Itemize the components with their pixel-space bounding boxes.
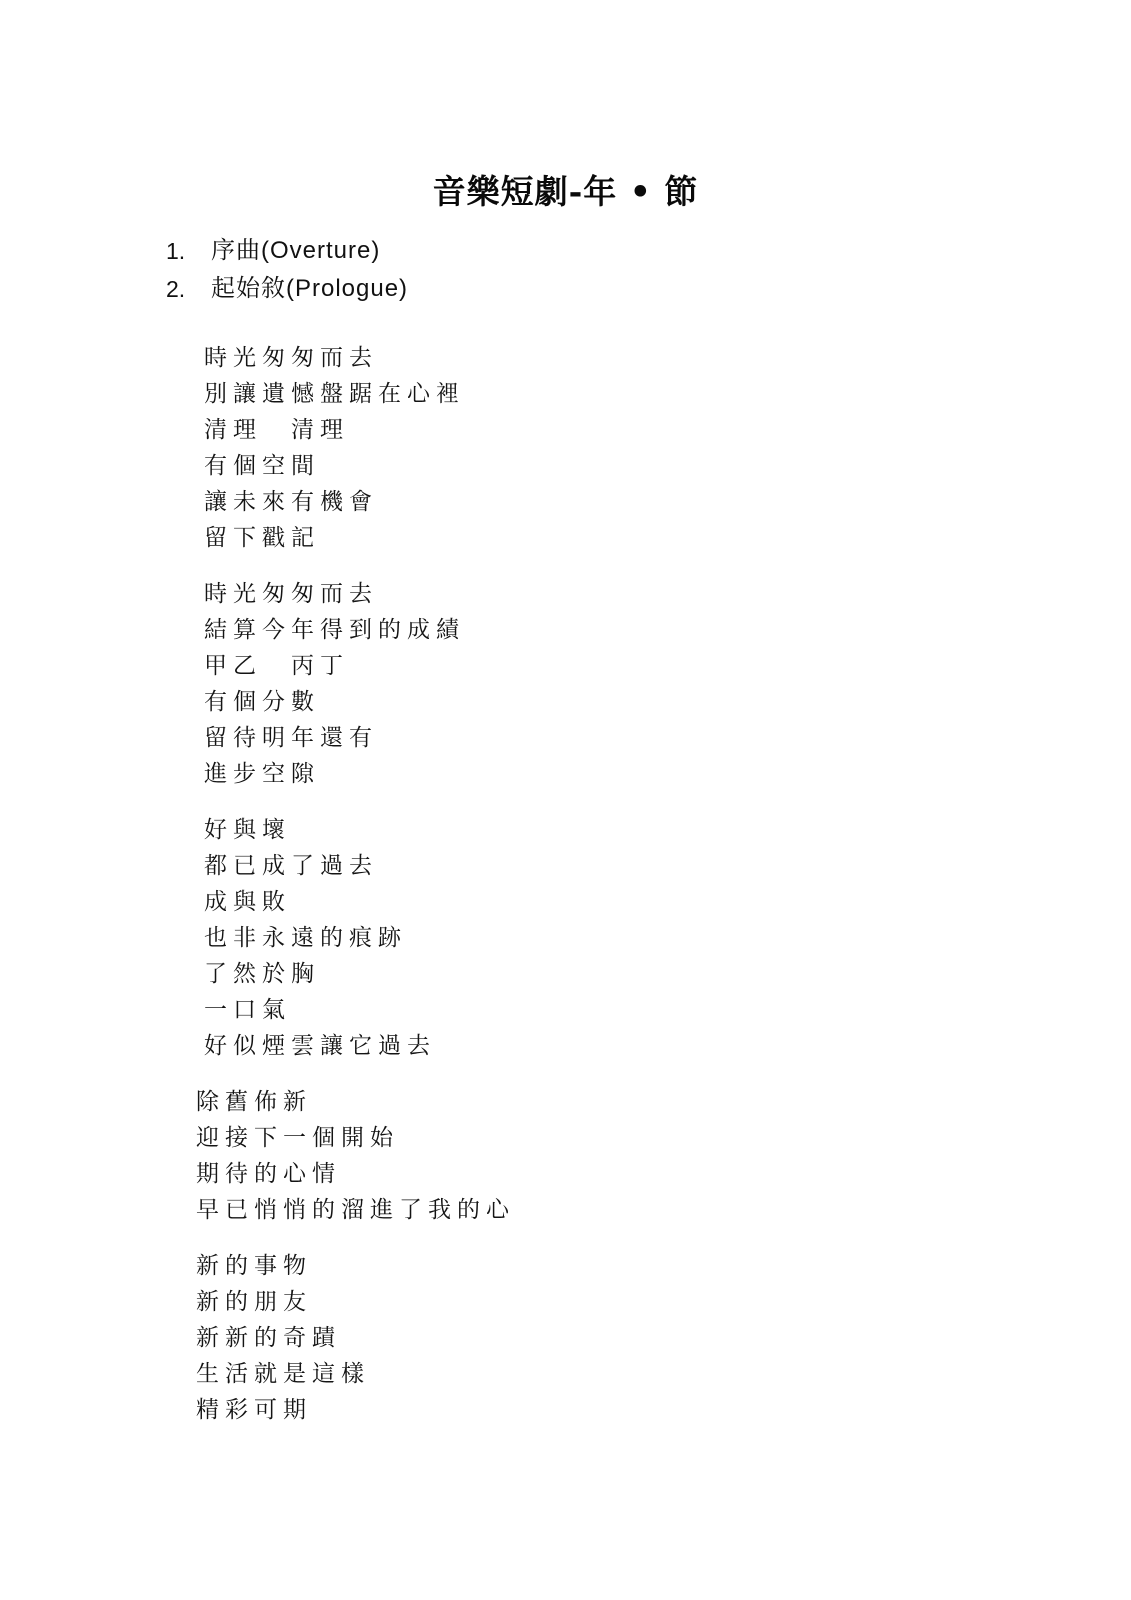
lyric-line: 好與壞	[204, 812, 1131, 848]
lyric-line: 新的事物	[196, 1248, 1131, 1284]
lyric-stanza: 時光匆匆而去別讓遺憾盤踞在心裡清理 清理有個空間讓未來有機會留下戳記	[204, 340, 1131, 556]
lyric-line: 好似煙雲讓它過去	[204, 1028, 1131, 1064]
lyric-line: 甲乙 丙丁	[204, 648, 1131, 684]
lyric-stanza: 除舊佈新迎接下一個開始期待的心情早已悄悄的溜進了我的心	[196, 1084, 1131, 1228]
lyric-line: 留下戳記	[204, 520, 1131, 556]
lyric-line: 迎接下一個開始	[196, 1120, 1131, 1156]
page-title: 音樂短劇-年 • 節	[0, 0, 1131, 212]
list-item-label: 序曲(Overture)	[211, 232, 380, 270]
lyric-line: 一口氣	[204, 992, 1131, 1028]
lyric-line: 新的朋友	[196, 1284, 1131, 1320]
lyric-line: 早已悄悄的溜進了我的心	[196, 1192, 1131, 1228]
lyric-line: 新新的奇蹟	[196, 1320, 1131, 1356]
list-item-number: 1.	[166, 232, 211, 270]
lyric-line: 結算今年得到的成績	[204, 612, 1131, 648]
numbered-list: 1.序曲(Overture)2.起始敘(Prologue)	[0, 232, 1131, 308]
list-item: 2.起始敘(Prologue)	[166, 270, 1131, 308]
lyric-line: 時光匆匆而去	[204, 576, 1131, 612]
document-page: 音樂短劇-年 • 節 1.序曲(Overture)2.起始敘(Prologue)…	[0, 0, 1131, 1600]
lyric-line: 清理 清理	[204, 412, 1131, 448]
lyric-line: 成與敗	[204, 884, 1131, 920]
list-item-number: 2.	[166, 270, 211, 308]
lyrics: 時光匆匆而去別讓遺憾盤踞在心裡清理 清理有個空間讓未來有機會留下戳記時光匆匆而去…	[0, 340, 1131, 1428]
lyric-line: 也非永遠的痕跡	[204, 920, 1131, 956]
list-item-label: 起始敘(Prologue)	[211, 270, 408, 308]
lyric-line: 留待明年還有	[204, 720, 1131, 756]
lyric-line: 時光匆匆而去	[204, 340, 1131, 376]
lyric-stanza: 好與壞都已成了過去成與敗也非永遠的痕跡了然於胸一口氣好似煙雲讓它過去	[204, 812, 1131, 1064]
lyric-line: 有個空間	[204, 448, 1131, 484]
lyric-stanza: 時光匆匆而去結算今年得到的成績甲乙 丙丁有個分數留待明年還有進步空隙	[204, 576, 1131, 792]
lyric-line: 期待的心情	[196, 1156, 1131, 1192]
lyric-line: 別讓遺憾盤踞在心裡	[204, 376, 1131, 412]
lyric-line: 讓未來有機會	[204, 484, 1131, 520]
lyric-line: 有個分數	[204, 684, 1131, 720]
lyric-line: 了然於胸	[204, 956, 1131, 992]
lyric-stanza: 新的事物新的朋友新新的奇蹟生活就是這樣精彩可期	[196, 1248, 1131, 1428]
lyric-line: 生活就是這樣	[196, 1356, 1131, 1392]
lyric-line: 都已成了過去	[204, 848, 1131, 884]
lyric-line: 精彩可期	[196, 1392, 1131, 1428]
list-item: 1.序曲(Overture)	[166, 232, 1131, 270]
lyric-line: 進步空隙	[204, 756, 1131, 792]
lyric-line: 除舊佈新	[196, 1084, 1131, 1120]
